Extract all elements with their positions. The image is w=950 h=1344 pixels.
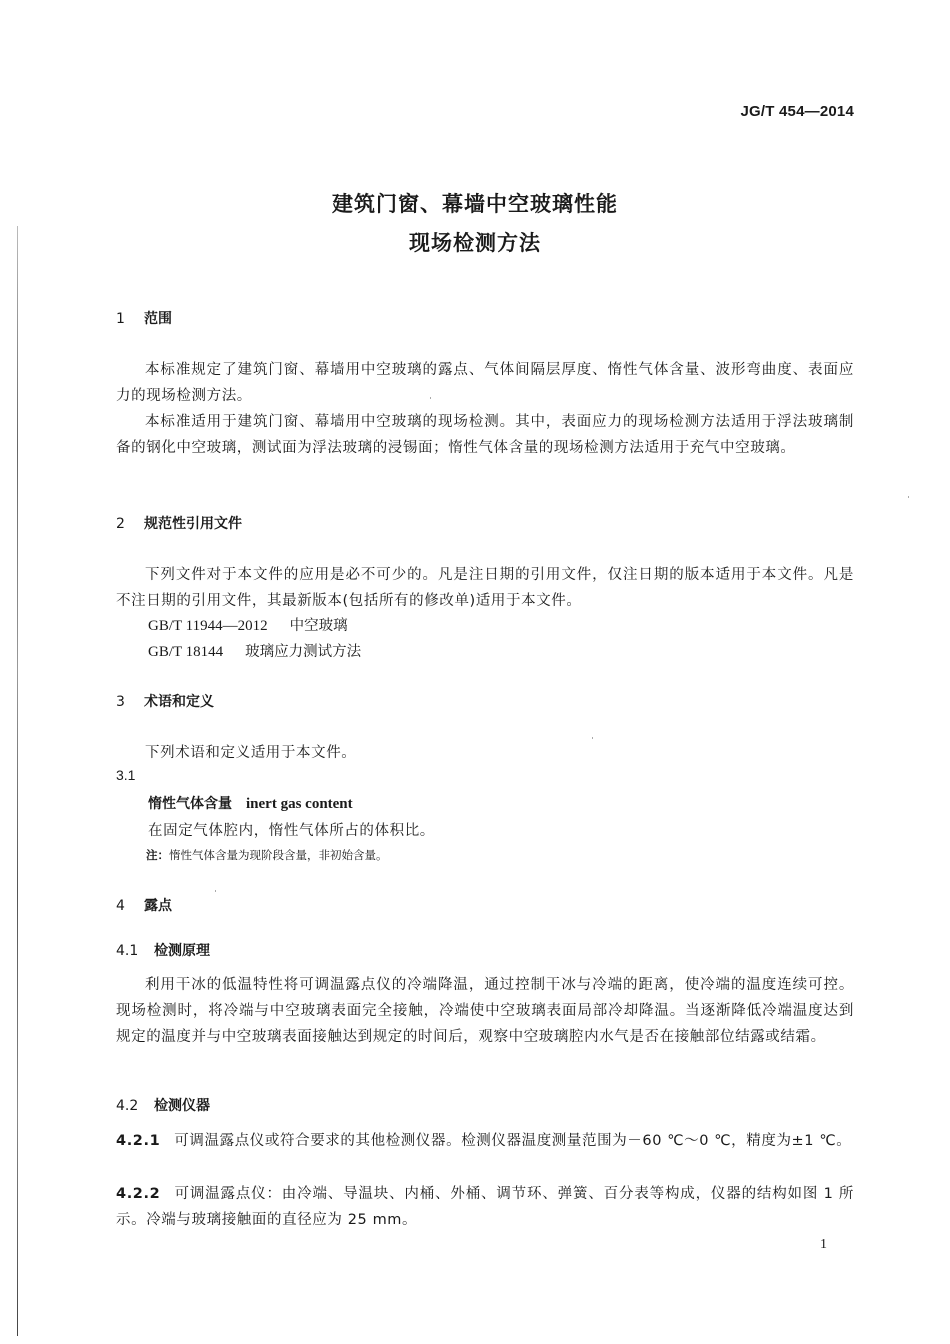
clause-text: 可调温露点仪或符合要求的其他检测仪器。检测仪器温度测量范围为－60 ℃～0 ℃，…	[174, 1133, 851, 1149]
paragraph: 本标准适用于建筑门窗、幕墙用中空玻璃的现场检测。其中，表面应力的现场检测方法适用…	[116, 409, 854, 461]
reference-code: GB/T 18144	[148, 644, 223, 660]
clause-4-2-2: 4.2.2可调温露点仪：由冷端、导温块、内桶、外桶、调节环、弹簧、百分表等构成，…	[116, 1181, 854, 1233]
paragraph: 利用干冰的低温特性将可调温露点仪的冷端降温，通过控制干冰与冷端的距离，使冷端的温…	[116, 972, 854, 1050]
scan-speck	[215, 890, 216, 892]
term-entry: 惰性气体含量inert gas content	[148, 793, 353, 813]
scan-speck	[908, 496, 909, 498]
document-title-line2: 现场检测方法	[0, 227, 950, 257]
section-4-heading: 4露点	[116, 895, 172, 915]
paragraph: 下列术语和定义适用于本文件。	[116, 740, 854, 766]
paragraph: 下列文件对于本文件的应用是必不可少的。凡是注日期的引用文件，仅注日期的版本适用于…	[116, 562, 854, 614]
clause-number: 4.2.1	[116, 1133, 160, 1149]
reference-title: 中空玻璃	[290, 618, 348, 634]
page-number: 1	[820, 1237, 827, 1253]
section-title: 范围	[144, 311, 172, 327]
subsection-title: 检测原理	[154, 943, 210, 959]
scan-speck	[430, 397, 431, 399]
subsection-4-1-heading: 4.1检测原理	[116, 940, 210, 960]
term-number: 3.1	[116, 767, 135, 783]
reference-title: 玻璃应力测试方法	[245, 644, 361, 660]
note-text: 惰性气体含量为现阶段含量，非初始含量。	[169, 848, 388, 862]
term-english: inert gas content	[246, 796, 353, 812]
section-title: 术语和定义	[144, 694, 214, 710]
reference-item: GB/T 11944—2012中空玻璃	[148, 614, 348, 635]
section-number: 4	[116, 898, 144, 914]
section-number: 1	[116, 311, 144, 327]
subsection-number: 4.2	[116, 1098, 154, 1114]
reference-code: GB/T 11944—2012	[148, 618, 268, 634]
standard-code: JG/T 454—2014	[740, 103, 854, 120]
subsection-number: 4.1	[116, 943, 154, 959]
section-number: 2	[116, 516, 144, 532]
scan-speck	[592, 737, 593, 739]
section-title: 规范性引用文件	[144, 516, 242, 532]
section-number: 3	[116, 694, 144, 710]
term-chinese: 惰性气体含量	[148, 796, 232, 812]
subsection-4-2-heading: 4.2检测仪器	[116, 1095, 210, 1115]
document-title-line1: 建筑门窗、幕墙中空玻璃性能	[0, 188, 950, 218]
clause-number: 4.2.2	[116, 1186, 160, 1202]
section-title: 露点	[144, 898, 172, 914]
clause-text: 可调温露点仪：由冷端、导温块、内桶、外桶、调节环、弹簧、百分表等构成，仪器的结构…	[116, 1186, 854, 1228]
term-definition: 在固定气体腔内，惰性气体所占的体积比。	[148, 819, 435, 840]
subsection-title: 检测仪器	[154, 1098, 210, 1114]
section-3-heading: 3术语和定义	[116, 691, 214, 711]
paragraph: 本标准规定了建筑门窗、幕墙用中空玻璃的露点、气体间隔层厚度、惰性气体含量、波形弯…	[116, 357, 854, 409]
clause-4-2-1: 4.2.1可调温露点仪或符合要求的其他检测仪器。检测仪器温度测量范围为－60 ℃…	[116, 1128, 854, 1154]
section-1-heading: 1范围	[116, 308, 172, 328]
scan-edge-line	[17, 226, 18, 1336]
note-label: 注：	[146, 848, 169, 862]
section-2-heading: 2规范性引用文件	[116, 513, 242, 533]
reference-item: GB/T 18144玻璃应力测试方法	[148, 640, 361, 661]
term-note: 注：惰性气体含量为现阶段含量，非初始含量。	[146, 847, 388, 863]
